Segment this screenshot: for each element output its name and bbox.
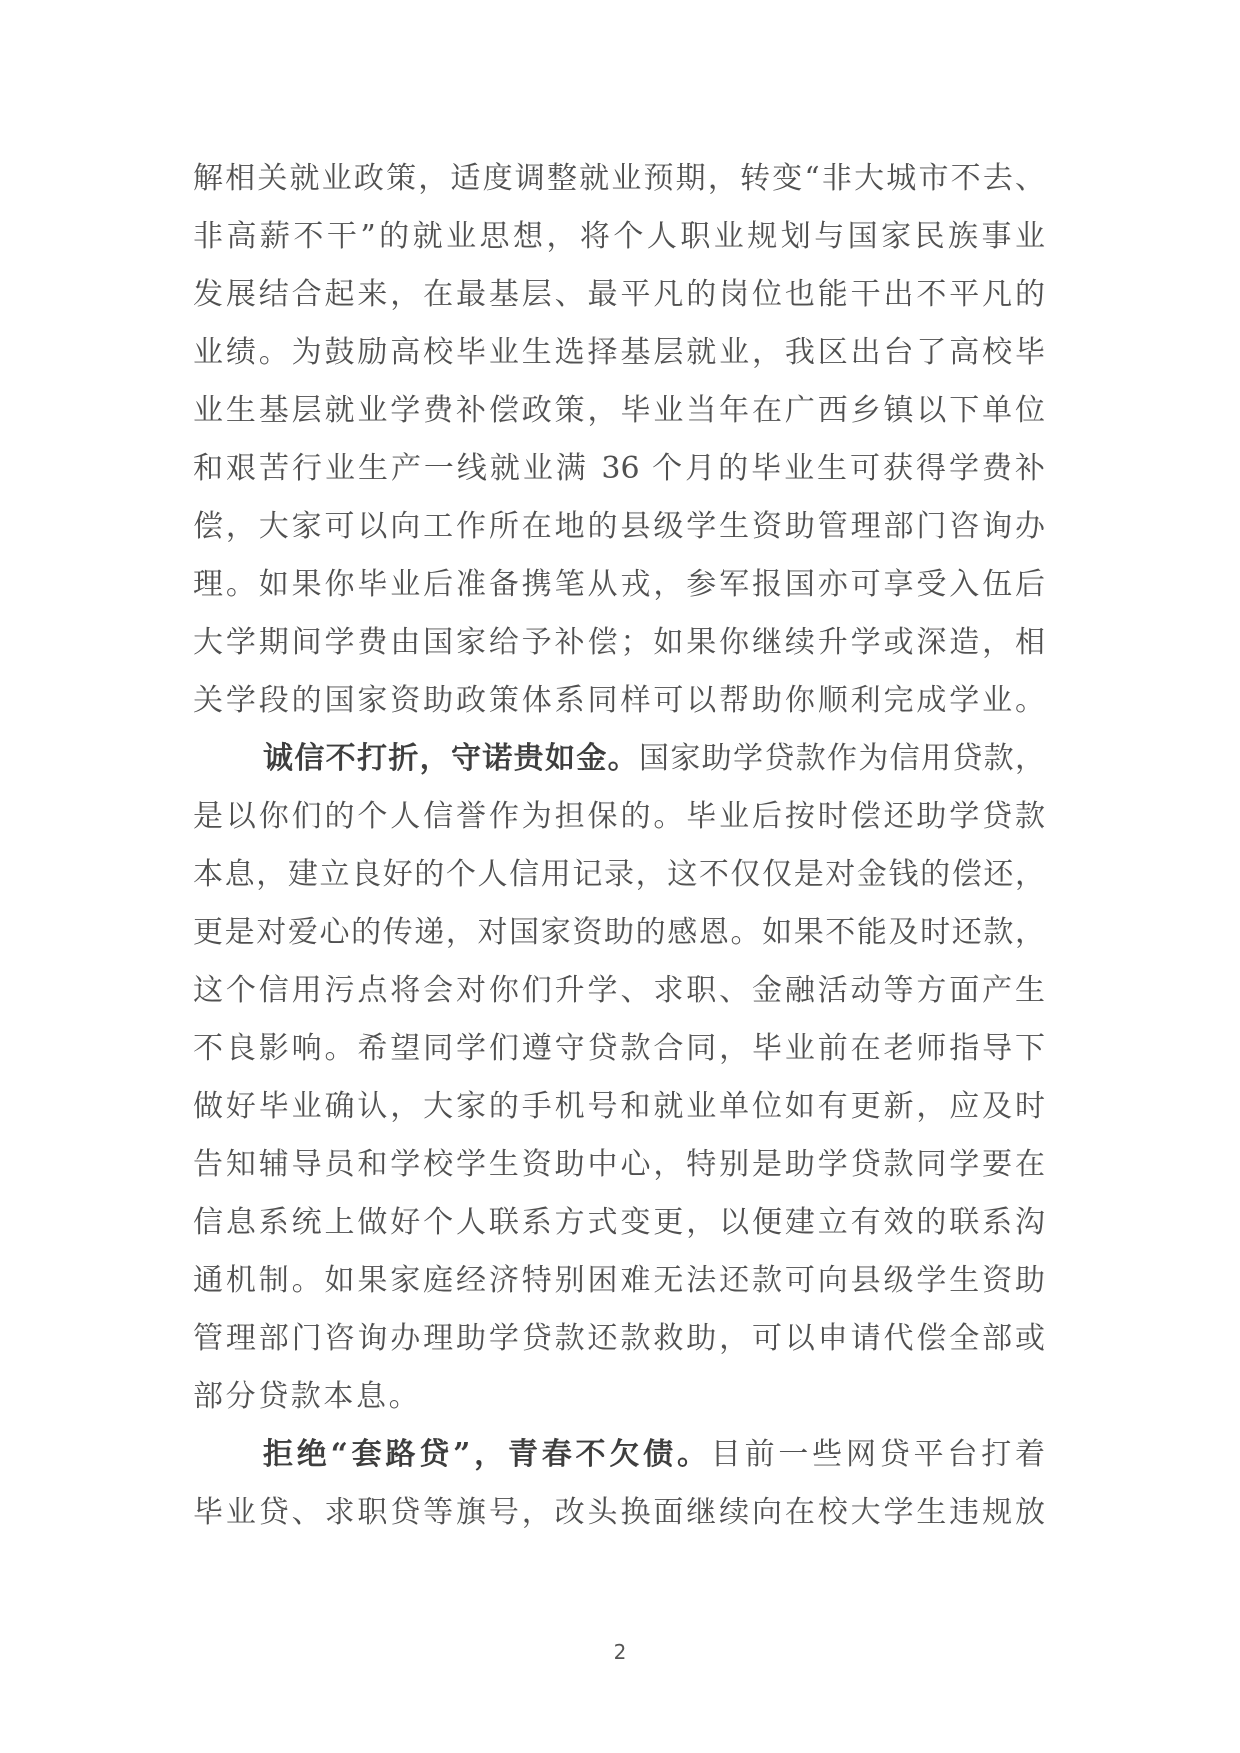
- text-span: 目前一些网贷平台打着: [711, 1437, 1045, 1472]
- text-line: 不良影响。希望同学们遵守贷款合同，毕业前在老师指导下: [193, 1020, 1045, 1078]
- paragraph-first-line: 诚信不打折，守诺贵如金。国家助学贷款作为信用贷款，: [193, 730, 1045, 788]
- text-line: 信息系统上做好个人联系方式变更，以便建立有效的联系沟: [193, 1194, 1045, 1252]
- text-line: 大学期间学费由国家给予补偿；如果你继续升学或深造，相: [193, 614, 1045, 672]
- text-line: 做好毕业确认，大家的手机号和就业单位如有更新，应及时: [193, 1078, 1045, 1136]
- text-line: 是以你们的个人信誉作为担保的。毕业后按时偿还助学贷款: [193, 788, 1045, 846]
- page-number: 2: [0, 1640, 1240, 1664]
- section-heading-loan-trap: 拒绝“套路贷”，青春不欠债。: [263, 1437, 711, 1472]
- text-line: 理。如果你毕业后准备携笔从戎，参军报国亦可享受入伍后: [193, 556, 1045, 614]
- text-line: 关学段的国家资助政策体系同样可以帮助你顺利完成学业。: [193, 672, 1045, 730]
- text-line: 本息，建立良好的个人信用记录，这不仅仅是对金钱的偿还，: [193, 846, 1045, 904]
- text-line: 和艰苦行业生产一线就业满 36 个月的毕业生可获得学费补: [193, 440, 1045, 498]
- text-line: 毕业贷、求职贷等旗号，改头换面继续向在校大学生违规放: [193, 1484, 1045, 1542]
- text-line: 非高薪不干”的就业思想，将个人职业规划与国家民族事业: [193, 208, 1045, 266]
- text-line: 解相关就业政策，适度调整就业预期，转变“非大城市不去、: [193, 150, 1045, 208]
- text-span: 国家助学贷款作为信用贷款，: [639, 741, 1045, 776]
- text-line: 管理部门咨询办理助学贷款还款救助，可以申请代偿全部或: [193, 1310, 1045, 1368]
- text-line: 发展结合起来，在最基层、最平凡的岗位也能干出不平凡的: [193, 266, 1045, 324]
- text-line: 业生基层就业学费补偿政策，毕业当年在广西乡镇以下单位: [193, 382, 1045, 440]
- text-line: 偿，大家可以向工作所在地的县级学生资助管理部门咨询办: [193, 498, 1045, 556]
- text-line: 更是对爱心的传递，对国家资助的感恩。如果不能及时还款，: [193, 904, 1045, 962]
- text-line: 告知辅导员和学校学生资助中心，特别是助学贷款同学要在: [193, 1136, 1045, 1194]
- text-line: 部分贷款本息。: [193, 1368, 1045, 1426]
- text-line: 这个信用污点将会对你们升学、求职、金融活动等方面产生: [193, 962, 1045, 1020]
- paragraph-first-line: 拒绝“套路贷”，青春不欠债。目前一些网贷平台打着: [193, 1426, 1045, 1484]
- section-heading-integrity: 诚信不打折，守诺贵如金。: [263, 741, 639, 776]
- document-body: 解相关就业政策，适度调整就业预期，转变“非大城市不去、 非高薪不干”的就业思想，…: [193, 150, 1045, 1542]
- text-line: 通机制。如果家庭经济特别困难无法还款可向县级学生资助: [193, 1252, 1045, 1310]
- document-page: 解相关就业政策，适度调整就业预期，转变“非大城市不去、 非高薪不干”的就业思想，…: [0, 0, 1240, 1753]
- text-line: 业绩。为鼓励高校毕业生选择基层就业，我区出台了高校毕: [193, 324, 1045, 382]
